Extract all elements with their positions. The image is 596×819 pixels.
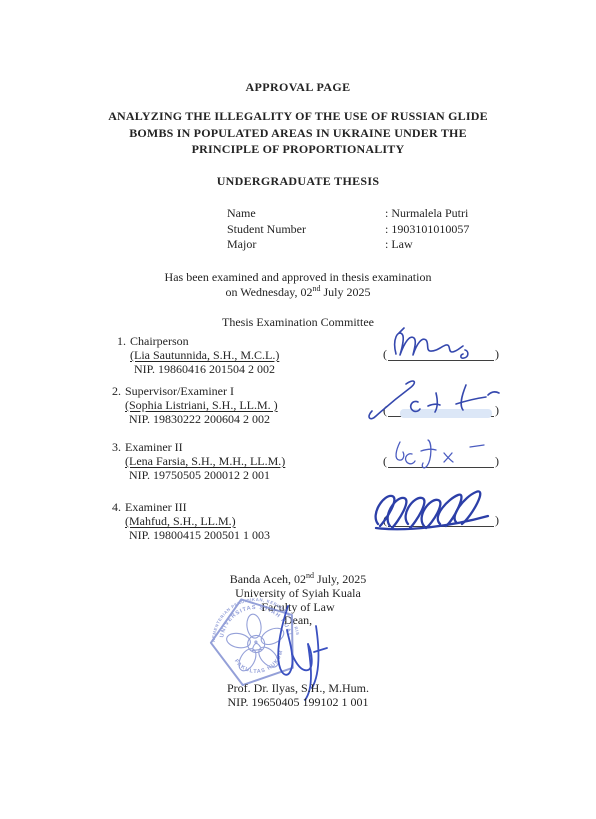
committee-member-1: 1.Chairperson (Lia Sautunnida, S.H., M.C… bbox=[117, 335, 279, 377]
member-3-name: (Lena Farsia, S.H., M.H., LL.M.) bbox=[125, 455, 285, 469]
examination-statement-line2: on Wednesday, 02nd July 2025 bbox=[0, 285, 596, 300]
student-name-row: Name : Nurmalela Putri bbox=[227, 206, 469, 222]
thesis-title: ANALYZING THE ILLEGALITY OF THE USE OF R… bbox=[0, 108, 596, 158]
student-number-label: Student Number bbox=[227, 222, 385, 238]
student-number-value: : 1903101010057 bbox=[385, 222, 469, 238]
thesis-title-line-3: PRINCIPLE OF PROPORTIONALITY bbox=[0, 141, 596, 158]
signoff-place-pre: Banda Aceh, 02 bbox=[230, 572, 306, 586]
page-heading: APPROVAL PAGE bbox=[0, 80, 596, 95]
member-1-role-label: Chairperson bbox=[130, 334, 189, 348]
student-major-row: Major : Law bbox=[227, 237, 469, 253]
member-4-name: (Mahfud, S.H., LL.M.) bbox=[125, 515, 270, 529]
committee-member-4: 4.Examiner III (Mahfud, S.H., LL.M.) NIP… bbox=[112, 501, 270, 543]
committee-member-2: 2.Supervisor/Examiner I (Sophia Listrian… bbox=[112, 385, 278, 427]
committee-member-3: 3.Examiner II (Lena Farsia, S.H., M.H., … bbox=[112, 441, 285, 483]
member-3-role: 3.Examiner II bbox=[112, 441, 285, 455]
member-2-nip: NIP. 19830222 200604 2 002 bbox=[129, 413, 278, 427]
member-1-nip: NIP. 19860416 201504 2 002 bbox=[134, 363, 279, 377]
member-3-number: 3. bbox=[112, 440, 121, 454]
student-name-value: : Nurmalela Putri bbox=[385, 206, 468, 222]
signoff-place-post: July, 2025 bbox=[314, 572, 366, 586]
examiner2-signature bbox=[386, 436, 498, 470]
member-2-role-label: Supervisor/Examiner I bbox=[125, 384, 234, 398]
member-2-name: (Sophia Listriani, S.H., LL.M. ) bbox=[125, 399, 278, 413]
member-3-nip: NIP. 19750505 200012 2 001 bbox=[129, 469, 285, 483]
approval-page-document: APPROVAL PAGE ANALYZING THE ILLEGALITY O… bbox=[0, 0, 596, 819]
examination-date-post: July 2025 bbox=[321, 285, 371, 299]
member-1-number: 1. bbox=[117, 334, 126, 348]
member-1-role: 1.Chairperson bbox=[117, 335, 279, 349]
member-2-number: 2. bbox=[112, 384, 121, 398]
member-2-role: 2.Supervisor/Examiner I bbox=[112, 385, 278, 399]
thesis-title-line-1: ANALYZING THE ILLEGALITY OF THE USE OF R… bbox=[0, 108, 596, 125]
member-4-number: 4. bbox=[112, 500, 121, 514]
chairperson-signature bbox=[388, 326, 483, 364]
examination-statement-line1: Has been examined and approved in thesis… bbox=[0, 270, 596, 285]
dean-nip: NIP. 19650405 199102 1 001 bbox=[0, 695, 596, 709]
student-info: Name : Nurmalela Putri Student Number : … bbox=[227, 206, 469, 253]
committee-heading: Thesis Examination Committee bbox=[0, 315, 596, 330]
member-1-name: (Lia Sautunnida, S.H., M.C.L.) bbox=[130, 349, 279, 363]
member-4-nip: NIP. 19800415 200501 1 003 bbox=[129, 529, 270, 543]
member-4-role: 4.Examiner III bbox=[112, 501, 270, 515]
examination-date-ordinal: nd bbox=[313, 284, 321, 293]
examiner3-signature bbox=[366, 484, 504, 532]
student-major-value: : Law bbox=[385, 237, 413, 253]
student-number-row: Student Number : 1903101010057 bbox=[227, 222, 469, 238]
signoff-date-ordinal: nd bbox=[306, 571, 314, 580]
member-4-role-label: Examiner III bbox=[125, 500, 187, 514]
supervisor-signature bbox=[362, 376, 504, 422]
student-name-label: Name bbox=[227, 206, 385, 222]
student-major-label: Major bbox=[227, 237, 385, 253]
examination-date-pre: on Wednesday, 02 bbox=[225, 285, 312, 299]
dean-name: Prof. Dr. Ilyas, S.H., M.Hum. bbox=[0, 681, 596, 695]
signoff-place-date: Banda Aceh, 02nd July, 2025 bbox=[0, 572, 596, 586]
member-3-role-label: Examiner II bbox=[125, 440, 183, 454]
thesis-type-subtitle: UNDERGRADUATE THESIS bbox=[0, 174, 596, 189]
thesis-title-line-2: BOMBS IN POPULATED AREAS IN UKRAINE UNDE… bbox=[0, 125, 596, 142]
